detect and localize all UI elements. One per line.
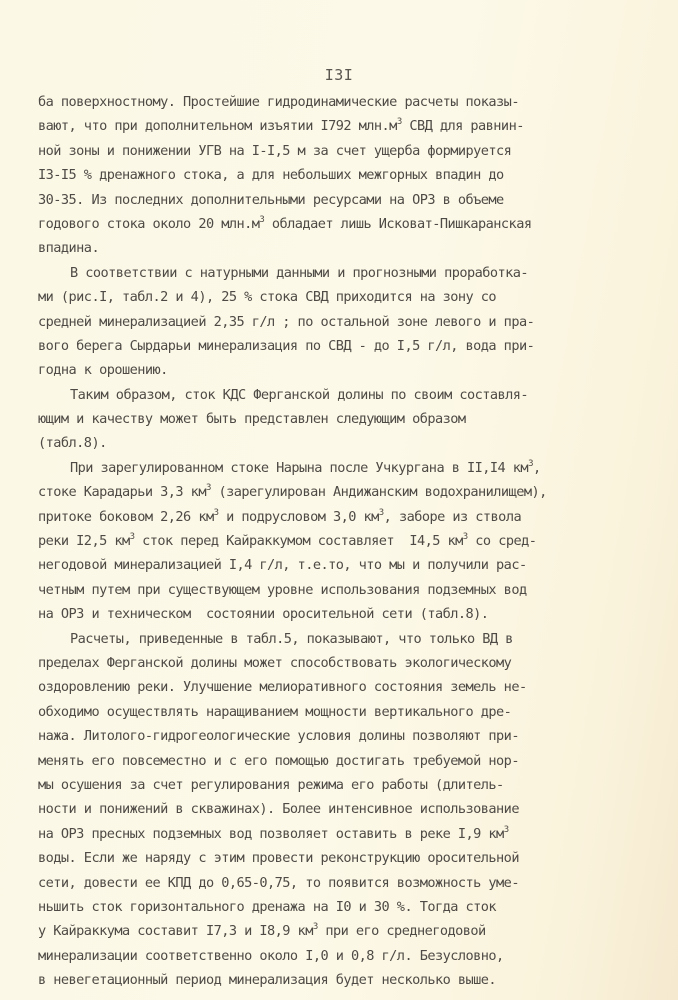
text-line: стоке Карадарьи 3,3 км3 (зарегулирован А…	[38, 480, 648, 504]
text-line: ньшить сток горизонтального дренажа на I…	[38, 895, 648, 919]
text-line: вают, что при дополнительном изъятии I79…	[38, 114, 648, 138]
text-line: ной зоны и понижении УГВ на I-I,5 м за с…	[38, 139, 648, 163]
text-line: вого берега Сырдарьи минерализация по СВ…	[38, 334, 648, 358]
text-line: пределах Ферганской долины может способс…	[38, 651, 648, 675]
text-line: 30-35. Из последних дополнительными ресу…	[38, 188, 648, 212]
text-line: ющим и качеству может быть представлен с…	[38, 407, 648, 431]
text-line: В соответствии с натурными данными и про…	[38, 261, 648, 285]
text-line: четным путем при существующем уровне исп…	[38, 578, 648, 602]
body-text: ба поверхностному. Простейшие гидродинам…	[38, 90, 648, 992]
text-line: При зарегулированном стоке Нарына после …	[38, 456, 648, 480]
text-line: негодовой минерализацией I,4 г/л, т.е.то…	[38, 553, 648, 577]
text-line: воды. Если же наряду с этим провести рек…	[38, 846, 648, 870]
text-line: Таким образом, сток КДС Ферганской долин…	[38, 383, 648, 407]
text-line: (табл.8).	[38, 431, 648, 455]
text-line: на ОРЗ пресных подземных вод позволяет о…	[38, 822, 648, 846]
text-line: I3-I5 % дренажного стока, а для небольши…	[38, 163, 648, 187]
document-page: I3I ба поверхностному. Простейшие гидрод…	[0, 0, 678, 1000]
text-line: на ОРЗ и техническом состоянии ороситель…	[38, 602, 648, 626]
text-line: минерализации соответственно около I,0 и…	[38, 944, 648, 968]
text-line: ми (рис.I, табл.2 и 4), 25 % стока СВД п…	[38, 285, 648, 309]
text-line: притоке боковом 2,26 км3 и подрусловом 3…	[38, 505, 648, 529]
text-line: средней минерализацией 2,35 г/л ; по ост…	[38, 310, 648, 334]
text-line: нажа. Литолого-гидрогеологические услови…	[38, 724, 648, 748]
text-line: обходимо осуществлять наращиванием мощно…	[38, 700, 648, 724]
text-line: в невегетационный период минерализация б…	[38, 968, 648, 992]
text-line: у Кайраккума составит I7,3 и I8,9 км3 пр…	[38, 919, 648, 943]
page-number: I3I	[0, 66, 678, 84]
text-line: оздоровлению реки. Улучшение мелиоративн…	[38, 675, 648, 699]
text-line: сети, довести ее КПД до 0,65-0,75, то по…	[38, 871, 648, 895]
text-line: ба поверхностному. Простейшие гидродинам…	[38, 90, 648, 114]
text-line: реки I2,5 км3 сток перед Кайраккумом сос…	[38, 529, 648, 553]
text-line: годна к орошению.	[38, 358, 648, 382]
text-line: Расчеты, приведенные в табл.5, показываю…	[38, 627, 648, 651]
text-line: годового стока около 20 млн.м3 обладает …	[38, 212, 648, 236]
text-line: впадина.	[38, 236, 648, 260]
text-line: ности и понижений в скважинах). Более ин…	[38, 797, 648, 821]
text-line: мы осушения за счет регулирования режима…	[38, 773, 648, 797]
text-line: менять его повсеместно и с его помощью д…	[38, 749, 648, 773]
